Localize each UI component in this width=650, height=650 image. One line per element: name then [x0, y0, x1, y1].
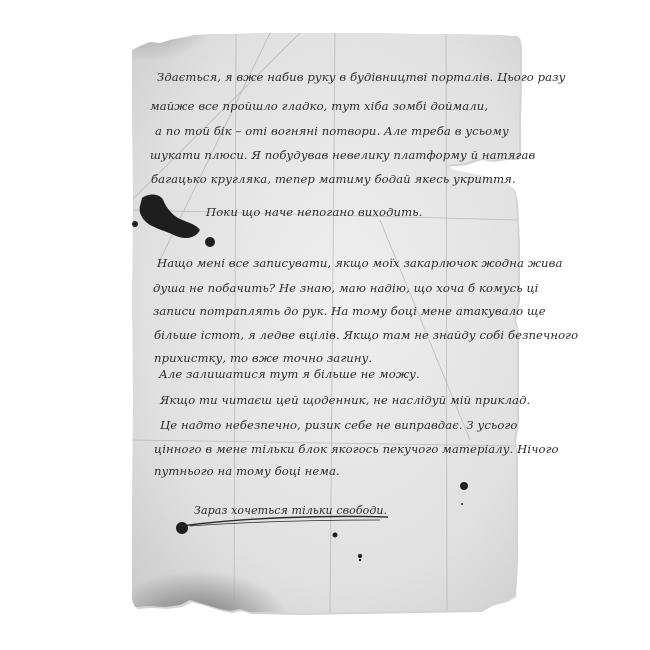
text-line: шукати плюси. Я побудував невелику платф… [150, 148, 535, 162]
text-line: прихистку, то вже точно загину. [154, 351, 372, 365]
text-line: Якщо ти читаєш цей щоденник, не наслідуй… [160, 393, 530, 407]
text-line: багацько кругляка, тепер матиму бодай як… [151, 172, 516, 186]
text-line: Здається, я вже набив руку в будівництві… [157, 70, 565, 84]
text-line: майже все пройшло гладко, тут хіба зомбі… [150, 99, 488, 113]
text-line: Але залишатися тут я більше не можу. [159, 367, 420, 381]
text-line: цінного в мене тільки блок якогось пекуч… [154, 442, 559, 456]
diary-text: Здається, я вже набив руку в будівництві… [0, 0, 650, 650]
text-line: Поки що наче непогано виходить. [206, 205, 422, 219]
text-line: душа не побачить? Не знаю, маю надію, що… [153, 281, 538, 295]
text-line: Нащо мені все записувати, якщо моїх зака… [157, 256, 563, 270]
text-line: записи потраплять до рук. На тому боці м… [153, 304, 546, 318]
diary-page: Здається, я вже набив руку в будівництві… [0, 0, 650, 650]
text-line: а по той бік – оті вогняні потвори. Але … [155, 124, 509, 138]
text-line: путнього на тому боці нема. [154, 464, 340, 478]
text-line: Це надто небезпечно, ризик себе не випра… [160, 418, 518, 432]
underline-stroke [180, 512, 390, 532]
text-line: більше істот, я ледве вцілів. Якщо там н… [154, 328, 578, 342]
